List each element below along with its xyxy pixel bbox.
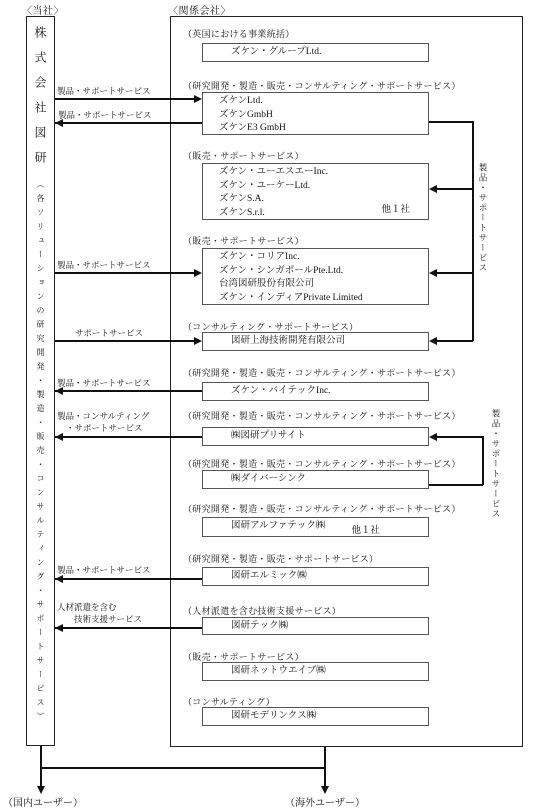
flow-label-vertical: 製品・サポートサービス [490,409,502,519]
flow-label: ・サポートサービス [66,422,143,434]
affiliate-box: 図研アルファテック㈱ 他１社 [202,517,429,537]
flow-line [55,122,202,124]
affiliate-category: （販売・サポートサービス） [183,234,304,247]
flow-label: 製品・コンサルティング [57,410,149,422]
arrow-down-icon [37,786,45,794]
parent-company-box: 株式会社図研 （各ソリューションの研究開発・製造・販売・コンサルティング・サポー… [26,16,55,746]
arrow-right-icon [194,337,202,345]
arrow-down-icon [321,786,329,794]
company-name: ズケン・ユーケーLtd. [219,180,428,194]
additional-companies-note: 他１社 [351,522,380,536]
flow-line [55,98,195,100]
affiliate-category: （英国における事業統括） [183,27,295,40]
flow-line [55,340,195,342]
company-name: ズケン・ユーエスエーInc. [219,166,428,180]
affiliate-box: ズケンLtd. ズケンGmbH ズケンE3 GmbH [202,92,429,135]
flow-label: 製品・サポートサービス [57,259,151,271]
additional-companies-note: 他１社 [381,201,410,215]
flow-label: 製品・サポートサービス [58,109,152,121]
affiliate-category: （販売・サポートサービス） [183,149,304,162]
affiliate-category: （人材派遣を含む技術支援サービス） [183,604,341,617]
company-name: ズケン・コリアInc. [219,251,428,265]
connector-line [429,484,483,486]
company-name: ㈱ダイバーシンク [231,471,428,488]
affiliate-box: ズケン・ユーエスエーInc. ズケン・ユーケーLtd. ズケンS.A. ズケンS… [202,163,429,220]
flow-line [55,390,202,392]
arrow-left-icon [55,624,63,632]
company-name: 図研上海技術開発有限公司 [231,333,428,350]
arrow-left-icon [429,433,437,441]
affiliate-box: 図研エルミック㈱ [202,567,429,586]
flow-line [55,627,202,629]
affiliate-box: ズケン・バイテックInc. [202,382,429,401]
arrow-left-icon [429,269,437,277]
flow-line [436,340,473,342]
affiliate-category: （研究開発・製造・販売・コンサルティング・サポートサービス） [183,79,461,92]
flow-line [436,272,473,274]
parent-company-name: 株式会社図研 [32,26,49,176]
company-name: ズケン・インディアPrivate Limited [219,292,428,306]
company-name: 図研エルミック㈱ [231,568,428,585]
flow-label: 人材派遣を含む [57,601,117,613]
company-name: ズケンGmbH [219,109,428,123]
flow-line [55,272,195,274]
connector-line [429,121,473,123]
overseas-users-label: （海外ユーザー） [285,794,365,809]
affiliate-category: （研究開発・製造・販売・コンサルティング・サポートサービス） [183,502,461,515]
affiliate-category: （研究開発・製造・販売・コンサルティング・サポートサービス） [183,366,461,379]
flow-label: 製品・サポートサービス [57,85,151,97]
connector-line [40,767,325,769]
group-structure-diagram: 〈当社〉 〈関係会社〉 株式会社図研 （各ソリューションの研究開発・製造・販売・… [0,0,533,810]
company-name: ズケン・グループLtd. [231,44,428,61]
arrow-left-icon [55,575,63,583]
flow-label-vertical: 製品・サポートサービス [477,163,489,273]
affiliate-category: （研究開発・製造・販売・サポートサービス） [183,552,378,565]
arrow-right-icon [194,95,202,103]
affiliate-box: ㈱ダイバーシンク [202,470,429,489]
affiliate-box: ズケン・グループLtd. [202,43,429,62]
arrow-left-icon [429,185,437,193]
affiliate-box: 図研モデリンクス㈱ [202,707,429,726]
flow-line [436,436,483,438]
affiliate-box: 図研上海技術開発有限公司 [202,332,429,351]
flow-label: サポートサービス [75,327,143,339]
company-name: 図研テック㈱ [231,618,428,635]
affiliate-category: （研究開発・製造・販売・コンサルティング・サポートサービス） [183,457,461,470]
arrow-right-icon [194,269,202,277]
affiliate-box: 図研ネットウエイブ㈱ [202,662,429,681]
company-name: ズケンE3 GmbH [219,122,428,136]
affiliate-box: 図研テック㈱ [202,617,429,635]
parent-company-description: （各ソリューションの研究開発・製造・販売・コンサルティング・サポートサービス） [35,180,46,726]
flow-line [55,578,202,580]
arrow-left-icon [55,387,63,395]
affiliates-header: 〈関係会社〉 [168,2,231,17]
company-name: 図研アルファテック㈱ [231,518,428,535]
affiliate-box: ㈱図研プリサイト [202,427,429,446]
affiliate-category: （研究開発・製造・販売・コンサルティング・サポートサービス） [183,409,461,422]
company-name: ㈱図研プリサイト [231,428,428,445]
company-name: 図研モデリンクス㈱ [231,708,428,725]
arrow-left-icon [55,433,63,441]
company-name: 台湾図研股份有限公司 [219,278,428,292]
connector-line [482,436,484,485]
arrow-left-icon [55,119,63,127]
domestic-users-label: （国内ユーザー） [3,794,83,809]
company-name: ズケンLtd. [219,95,428,109]
company-name: ズケン・シンガポールPte.Ltd. [219,265,428,279]
flow-label: 製品・サポートサービス [57,564,151,576]
arrow-left-icon [429,337,437,345]
connector-line [472,121,474,341]
company-name: ズケン・バイテックInc. [231,383,428,400]
flow-line [55,436,202,438]
affiliate-box: ズケン・コリアInc. ズケン・シンガポールPte.Ltd. 台湾図研股份有限公… [202,248,429,305]
company-name: 図研ネットウエイブ㈱ [231,663,428,680]
flow-label: 技術支援サービス [74,613,142,625]
flow-line [436,188,473,190]
parent-company-header: 〈当社〉 [22,2,64,17]
flow-label: 製品・サポートサービス [57,377,151,389]
